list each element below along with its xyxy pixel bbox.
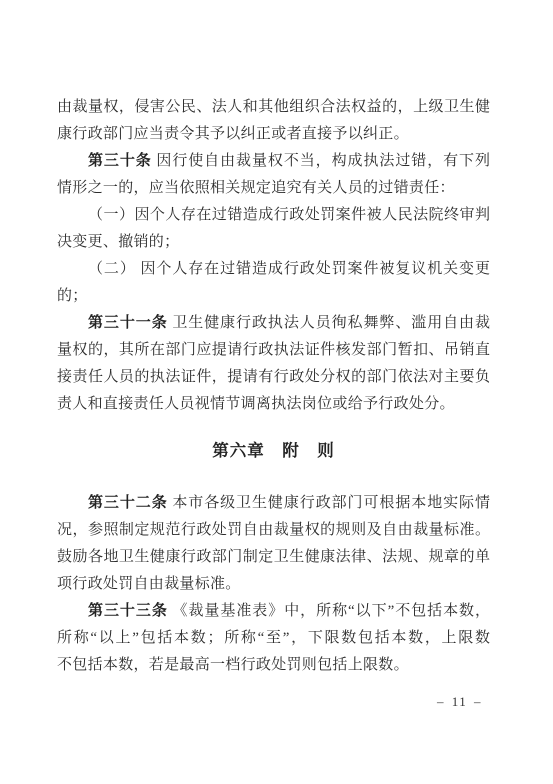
line-text: 情形之一的，应当依照相关规定追究有关人员的过错责任： (57, 180, 455, 196)
line-text: （一）因个人存在过错造成行政处罚案件被人民法院终审判 (88, 207, 490, 223)
text-line: 第三十一条 卫生健康行政执法人员徇私舞弊、滥用自由裁 (57, 310, 490, 337)
text-line: 项行政处罚自由裁量标准。 (57, 571, 490, 598)
text-block: 由裁量权，侵害公民、法人和其他组织合法权益的，上级卫生健 康行政部门应当责令其予… (57, 94, 490, 679)
line-text: 本市各级卫生健康行政部门可根据本地实际情 (168, 495, 490, 511)
line-text: 决变更、撤销的； (57, 234, 179, 250)
article-number: 第三十三条 (88, 603, 168, 619)
text-line: 的； (57, 283, 490, 310)
text-line: 不包括本数，若是最高一档行政处罚则包括上限数。 (57, 652, 490, 679)
line-text: 因行使自由裁量权不当，构成执法过错，有下列 (152, 153, 490, 169)
line-text: （二） 因个人存在过错造成行政处罚案件被复议机关变更 (88, 261, 490, 277)
line-text: 的； (57, 288, 88, 304)
text-line: 决变更、撤销的； (57, 229, 490, 256)
line-text: 责人和直接责任人员视情节调离执法岗位或给予行政处分。 (57, 396, 455, 412)
line-text: 《裁量基准表》中，所称“以下”不包括本数， (168, 603, 490, 619)
line-text: 项行政处罚自由裁量标准。 (57, 576, 241, 592)
chapter-heading: 第六章 附 则 (57, 437, 490, 464)
text-line: 康行政部门应当责令其予以纠正或者直接予以纠正。 (57, 121, 490, 148)
text-line: （一）因个人存在过错造成行政处罚案件被人民法院终审判 (57, 202, 490, 229)
text-line: 鼓励各地卫生健康行政部门制定卫生健康法律、法规、规章的单 (57, 544, 490, 571)
line-text: 所称“以上”包括本数；所称“至”，下限数包括本数，上限数 (57, 630, 490, 646)
text-line: （二） 因个人存在过错造成行政处罚案件被复议机关变更 (57, 256, 490, 283)
text-line: 况，参照制定规范行政处罚自由裁量权的规则及自由裁量标准。 (57, 517, 490, 544)
text-line: 情形之一的，应当依照相关规定追究有关人员的过错责任： (57, 175, 490, 202)
text-line: 第三十三条 《裁量基准表》中，所称“以下”不包括本数， (57, 598, 490, 625)
line-text: 不包括本数，若是最高一档行政处罚则包括上限数。 (57, 657, 409, 673)
article-number: 第三十一条 (88, 315, 168, 331)
article-number: 第三十二条 (88, 495, 168, 511)
line-text: 量权的，其所在部门应提请行政执法证件核发部门暂扣、吊销直 (57, 342, 490, 358)
document-page: 由裁量权，侵害公民、法人和其他组织合法权益的，上级卫生健 康行政部门应当责令其予… (0, 0, 553, 784)
page-number: – 11 – (437, 694, 482, 710)
text-line: 第三十二条 本市各级卫生健康行政部门可根据本地实际情 (57, 490, 490, 517)
article-number: 第三十条 (88, 153, 152, 169)
line-text: 鼓励各地卫生健康行政部门制定卫生健康法律、法规、规章的单 (57, 549, 490, 565)
line-text: 接责任人员的执法证件，提请有行政处分权的部门依法对主要负 (57, 369, 490, 385)
line-text: 由裁量权，侵害公民、法人和其他组织合法权益的，上级卫生健 (57, 99, 490, 115)
text-line: 第三十条 因行使自由裁量权不当，构成执法过错，有下列 (57, 148, 490, 175)
line-text: 卫生健康行政执法人员徇私舞弊、滥用自由裁 (168, 315, 490, 331)
line-text: 康行政部门应当责令其予以纠正或者直接予以纠正。 (57, 126, 409, 142)
line-text: 况，参照制定规范行政处罚自由裁量权的规则及自由裁量标准。 (57, 522, 490, 538)
text-line: 接责任人员的执法证件，提请有行政处分权的部门依法对主要负 (57, 364, 490, 391)
text-line: 量权的，其所在部门应提请行政执法证件核发部门暂扣、吊销直 (57, 337, 490, 364)
text-line: 责人和直接责任人员视情节调离执法岗位或给予行政处分。 (57, 391, 490, 418)
text-line: 由裁量权，侵害公民、法人和其他组织合法权益的，上级卫生健 (57, 94, 490, 121)
text-line: 所称“以上”包括本数；所称“至”，下限数包括本数，上限数 (57, 625, 490, 652)
